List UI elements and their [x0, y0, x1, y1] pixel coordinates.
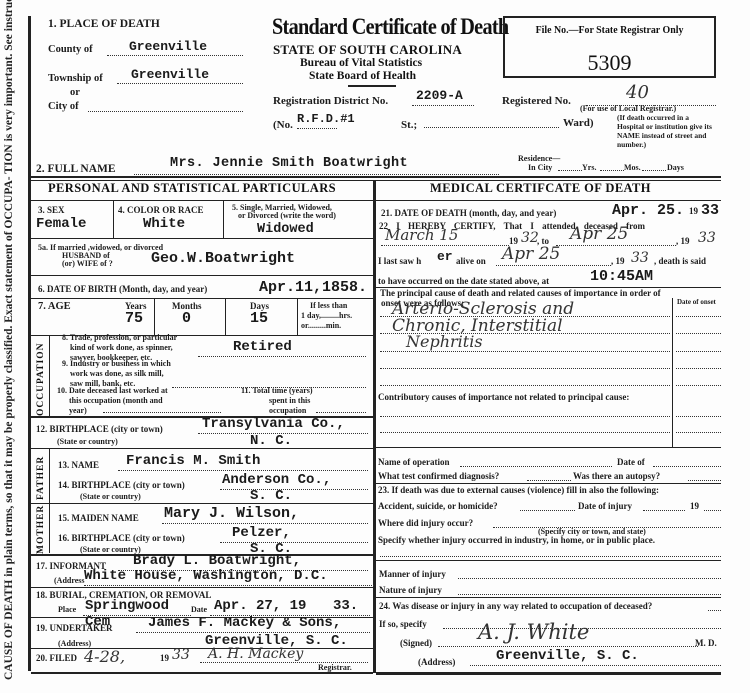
- city-label: City of: [48, 101, 79, 112]
- age-months-value[interactable]: 0: [182, 310, 191, 327]
- physician-address-label: (Address): [418, 657, 455, 667]
- rule: [31, 176, 721, 178]
- cause-line-4[interactable]: [380, 357, 670, 369]
- birthplace-state-value[interactable]: N. C.: [250, 433, 292, 449]
- industry-label-1: 9. Industry or business in which: [62, 359, 171, 369]
- rule: [376, 672, 721, 675]
- test-label: What test confirmed diagnosis?: [378, 471, 499, 481]
- rule: [31, 648, 373, 649]
- birthplace-city-field[interactable]: Transylvania Co.,: [198, 417, 368, 434]
- injury-date-label: Date of injury: [578, 501, 632, 511]
- filed-label: 20. FILED: [36, 653, 77, 663]
- signature-field[interactable]: A. J. White: [438, 630, 698, 647]
- occupation-side-label: OCCUPATION: [36, 338, 46, 416]
- mother-name-field[interactable]: Mary J. Wilson,: [162, 506, 368, 524]
- less-than-label-2: 1 day,.........hrs.: [301, 311, 352, 320]
- age-label: 7. AGE: [38, 301, 71, 312]
- last-saw-date-field[interactable]: Apr 25: [496, 248, 611, 266]
- marital-value[interactable]: Widowed: [257, 222, 314, 237]
- rule: [31, 503, 373, 504]
- manner-field[interactable]: [458, 569, 721, 579]
- local-registrar-note: (For use of Local Registrar.): [580, 104, 676, 113]
- bureau-name: Bureau of Vital Statistics: [300, 57, 422, 69]
- contributory-onset-1[interactable]: [676, 405, 721, 417]
- cell-divider: [113, 200, 114, 238]
- burial-date-field[interactable]: Apr. 27, 19 33.: [210, 599, 370, 616]
- residence-days-field[interactable]: [642, 162, 666, 171]
- file-number-box: File No.—For State Registrar Only 5309: [503, 16, 716, 78]
- manner-label: Manner of injury: [379, 569, 446, 579]
- rule: [31, 200, 373, 201]
- residence-years-field[interactable]: [558, 162, 582, 171]
- residence-days-label: Days: [667, 163, 684, 172]
- form-left-border: [28, 16, 31, 671]
- trade-label-2: kind of work done, as spinner,: [62, 343, 177, 353]
- informant-address-field[interactable]: White House, Washington, D.C.: [84, 570, 374, 586]
- place-of-death-heading: 1. PLACE OF DEATH: [48, 18, 160, 30]
- undertaker-name-field[interactable]: James F. Mackey & Sons,: [136, 616, 370, 633]
- rule: [376, 597, 721, 598]
- to-year-prefix: , 19: [676, 236, 690, 246]
- burial-place-label: Place: [58, 605, 76, 614]
- birthplace-label: 12. BIRTHPLACE (city or town): [36, 424, 163, 434]
- board-name: State Board of Health: [309, 70, 416, 82]
- occupation-related-label: 24. Was disease or injury in any way rel…: [379, 601, 652, 611]
- last-saw-label: I last saw h: [378, 256, 421, 266]
- operation-field[interactable]: [460, 457, 612, 467]
- if-so-label: If so, specify: [379, 619, 427, 629]
- cell-divider: [154, 298, 155, 336]
- nature-field[interactable]: [458, 585, 721, 595]
- residence-years-label: Yrs.: [582, 163, 596, 172]
- last-worked-field[interactable]: [103, 405, 221, 413]
- hospital-note: (If death occurred in a Hospital or inst…: [617, 113, 717, 149]
- county-field[interactable]: Greenville: [107, 40, 243, 56]
- specify-place-field[interactable]: [380, 547, 721, 557]
- street-no-field[interactable]: R.F.D.#1: [297, 112, 337, 129]
- occupation-related-field[interactable]: [708, 601, 721, 611]
- informant-address-value: White House, Washington, D.C.: [84, 568, 328, 584]
- filed-year-label: 19: [160, 653, 169, 663]
- physician-address-field[interactable]: Greenville, S. C.: [470, 650, 721, 666]
- autopsy-field[interactable]: [688, 471, 721, 481]
- operation-label: Name of operation: [378, 457, 450, 467]
- less-than-label-3: or.........min.: [301, 321, 341, 330]
- cause-label-1: The principal cause of death and related…: [380, 288, 661, 298]
- spouse-label-3: (or) WIFE of ?: [62, 259, 113, 268]
- county-label: County of: [48, 44, 93, 55]
- last-worked-label-1: 10. Date deceased last worked at: [57, 386, 168, 396]
- informant-name-value: Brady L. Boatwright,: [133, 553, 301, 569]
- mother-birthplace-label: 16. BIRTHPLACE (city or town): [58, 533, 185, 543]
- dod-year-value[interactable]: 33: [701, 202, 719, 219]
- undertaker-label: 19. UNDERTAKER: [36, 623, 113, 633]
- onset-line-4[interactable]: [676, 357, 721, 369]
- father-birthplace-value: Anderson Co.,: [222, 472, 331, 488]
- trade-label-1: 8. Trade, profession, or particular: [62, 333, 177, 343]
- spouse-value[interactable]: Geo.W.Boatwright: [151, 250, 295, 267]
- medical-heading: MEDICAL CERTIFCATE OF DEATH: [430, 181, 651, 196]
- father-birthplace-field[interactable]: Anderson Co.,: [220, 473, 368, 490]
- birthplace-city-value: Transylvania Co.,: [202, 416, 345, 432]
- father-name-field[interactable]: Francis M. Smith: [118, 453, 368, 471]
- cause-line-3-value: Nephritis: [406, 332, 483, 351]
- cell-divider: [49, 336, 50, 416]
- residence-label: Residence—: [518, 154, 560, 163]
- contributory-label: Contributory causes of importance not re…: [378, 392, 629, 402]
- injury-date-field[interactable]: [643, 501, 685, 511]
- column-divider: [373, 180, 376, 673]
- street-no-value: R.F.D.#1: [297, 112, 355, 126]
- industry-label: 9. Industry or business in which work wa…: [62, 359, 171, 389]
- contributory-line-2[interactable]: [380, 421, 670, 433]
- where-injury-label: Where did injury occur?: [378, 518, 473, 528]
- registration-district-label: Registration District No.: [273, 95, 388, 107]
- city-field[interactable]: [88, 98, 243, 112]
- father-state-value[interactable]: S. C.: [250, 488, 292, 504]
- in-city-label: In City: [528, 163, 552, 172]
- last-saw-year-prefix: , 19: [611, 256, 625, 266]
- ward-label: Ward): [563, 117, 594, 129]
- physician-signature: A. J. White: [478, 620, 589, 644]
- registration-district-value: 2209-A: [416, 88, 463, 103]
- attended-from-field[interactable]: March 15: [381, 230, 509, 246]
- or-label: or: [70, 87, 80, 98]
- street-label: St.;: [401, 119, 417, 131]
- rule: [376, 560, 721, 561]
- attended-to-field[interactable]: Apr 25: [556, 228, 676, 246]
- onset-line-5[interactable]: [676, 374, 721, 386]
- registrar-signature-field[interactable]: A. H. Mackey: [200, 650, 368, 663]
- to-year-value[interactable]: 33: [698, 230, 716, 246]
- operation-date-field[interactable]: [653, 457, 721, 467]
- sex-label: 3. SEX: [38, 205, 65, 215]
- burial-place-field[interactable]: Springwood Cem: [83, 599, 191, 616]
- injury-year-label: 19: [690, 501, 699, 511]
- full-name-label: 2. FULL NAME: [36, 163, 116, 175]
- mother-side-label: MOTHER: [36, 506, 46, 554]
- father-name-value: Francis M. Smith: [126, 453, 260, 469]
- cause-line-5[interactable]: [380, 374, 670, 386]
- personal-heading: PERSONAL AND STATISTICAL PARTICULARS: [48, 181, 336, 196]
- registrar-signature: A. H. Mackey: [208, 646, 303, 662]
- last-saw-date-value: Apr 25: [502, 244, 560, 264]
- burial-date-label: Date: [191, 605, 207, 614]
- undertaker-name-value: James F. Mackey & Sons,: [148, 615, 341, 631]
- onset-line-1[interactable]: [676, 305, 721, 317]
- file-number: 5309: [505, 50, 714, 76]
- registrar-label: Registrar.: [318, 663, 352, 672]
- mother-state-label: (State or country): [80, 545, 141, 554]
- state-name: STATE OF SOUTH CAROLINA: [273, 42, 462, 58]
- physician-address-value: Greenville, S. C.: [496, 648, 639, 664]
- township-value: Greenville: [131, 67, 209, 82]
- dod-value[interactable]: Apr. 25.: [612, 202, 684, 219]
- nature-label: Nature of injury: [379, 585, 442, 595]
- father-side-label: FATHER: [36, 452, 46, 500]
- cell-divider: [225, 298, 226, 336]
- dod-year-prefix: 19: [689, 206, 698, 216]
- residence-months-label: Mos.: [624, 163, 641, 172]
- race-label: 4. COLOR OR RACE: [118, 205, 204, 215]
- specify-place-label: Specify whether injury occurred in indus…: [378, 535, 655, 545]
- father-birthplace-label: 14. BIRTHPLACE (city or town): [58, 480, 185, 490]
- trade-value: Retired: [233, 339, 292, 355]
- rule: [31, 298, 373, 299]
- township-label: Township of: [48, 73, 103, 84]
- rule: [31, 238, 373, 239]
- race-value[interactable]: White: [143, 216, 185, 232]
- rule: [376, 200, 721, 201]
- total-time-label-2: spent in this: [241, 396, 313, 406]
- external-causes-label: 23. If death was due to external causes …: [378, 485, 659, 495]
- burial-year-value: 33.: [333, 598, 358, 614]
- mother-birthplace-value: Pelzer,: [232, 525, 291, 541]
- rule: [31, 587, 373, 588]
- informant-address-label: (Address: [54, 576, 85, 585]
- test-field[interactable]: [527, 471, 571, 481]
- dob-label: 6. DATE OF BIRTH (Month, day, and year): [38, 284, 207, 294]
- registered-no-value: 40: [626, 82, 649, 103]
- sex-value[interactable]: Female: [36, 216, 86, 232]
- registered-no-label: Registered No.: [502, 95, 571, 107]
- occurred-label: to have occurred on the date stated abov…: [378, 276, 549, 286]
- file-number-label: File No.—For State Registrar Only: [515, 24, 703, 36]
- cell-divider: [223, 200, 224, 238]
- marital-label-2: or Divorced (write the word): [238, 211, 336, 220]
- township-field[interactable]: Greenville: [117, 68, 243, 84]
- onset-line-3[interactable]: [676, 340, 721, 352]
- filed-year-value[interactable]: 33: [172, 647, 190, 663]
- contributory-line-1[interactable]: [380, 405, 670, 417]
- md-label: M. D.: [695, 638, 717, 648]
- cell-divider: [49, 449, 50, 553]
- cause-line-3[interactable]: Nephritis: [380, 340, 670, 352]
- injury-year-field[interactable]: [704, 501, 721, 511]
- dob-value[interactable]: Apr.11,1858.: [259, 279, 367, 296]
- burial-date-value: Apr. 27, 19: [214, 598, 306, 614]
- full-name-field[interactable]: Mrs. Jennie Smith Boatwright: [134, 155, 499, 175]
- father-state-label: (State or country): [80, 492, 141, 501]
- residence-months-field[interactable]: [600, 162, 624, 171]
- operation-date-label: Date of: [617, 457, 645, 467]
- alive-on-label: alive on: [456, 256, 486, 266]
- dod-label: 21. DATE OF DEATH (month, day, and year): [381, 208, 556, 218]
- rule: [376, 483, 721, 484]
- death-said-label: , death is said: [654, 256, 706, 266]
- autopsy-label: Was there an autopsy?: [573, 471, 660, 481]
- accident-field[interactable]: [520, 501, 575, 511]
- rule: [376, 447, 721, 448]
- title-rule: [348, 85, 396, 87]
- signed-label: (Signed): [400, 638, 432, 648]
- age-years-value[interactable]: 75: [125, 310, 143, 327]
- time-of-death-value[interactable]: 10:45AM: [590, 268, 653, 285]
- rule: [31, 275, 373, 276]
- full-name-value: Mrs. Jennie Smith Boatwright: [170, 156, 408, 171]
- total-time-label: 11. Total time (years) spent in this occ…: [241, 386, 313, 416]
- street-field[interactable]: [424, 114, 559, 128]
- mother-name-label: 15. MAIDEN NAME: [58, 513, 139, 523]
- rule: [31, 672, 373, 674]
- cell-divider: [297, 298, 298, 336]
- total-time-label-3: occupation: [241, 406, 313, 416]
- registration-district-field[interactable]: 2209-A: [412, 88, 474, 106]
- accident-label: Accident, suicide, or homicide?: [378, 501, 498, 511]
- onset-line-2[interactable]: [676, 322, 721, 334]
- age-days-value[interactable]: 15: [250, 310, 268, 327]
- attended-from-value: March 15: [385, 226, 458, 244]
- date-of-onset-divider: [672, 298, 673, 448]
- registered-no-field[interactable]: 40: [586, 86, 716, 106]
- trade-field[interactable]: Retired: [198, 337, 366, 357]
- total-time-label-1: 11. Total time (years): [241, 386, 313, 396]
- attended-to-value: Apr 25: [570, 224, 628, 244]
- industry-label-2: work was done, as silk mill,: [62, 369, 171, 379]
- last-saw-year-value[interactable]: 33: [631, 250, 649, 266]
- contributory-onset-2[interactable]: [676, 421, 721, 433]
- street-no-label: (No.: [273, 119, 293, 131]
- birthplace-state-label: (State or country): [57, 437, 118, 446]
- certificate-title: Standard Certificate of Death: [272, 14, 508, 40]
- mother-birthplace-field[interactable]: Pelzer,: [220, 526, 368, 543]
- rule: [31, 448, 373, 449]
- total-time-field[interactable]: [316, 405, 366, 413]
- less-than-label-1: If less than: [310, 301, 347, 310]
- filed-date-value[interactable]: 4-28,: [84, 647, 125, 666]
- last-saw-pronoun[interactable]: er: [437, 249, 453, 264]
- father-name-label: 13. NAME: [58, 460, 99, 470]
- county-value: Greenville: [129, 39, 207, 54]
- mother-name-value: Mary J. Wilson,: [164, 505, 299, 522]
